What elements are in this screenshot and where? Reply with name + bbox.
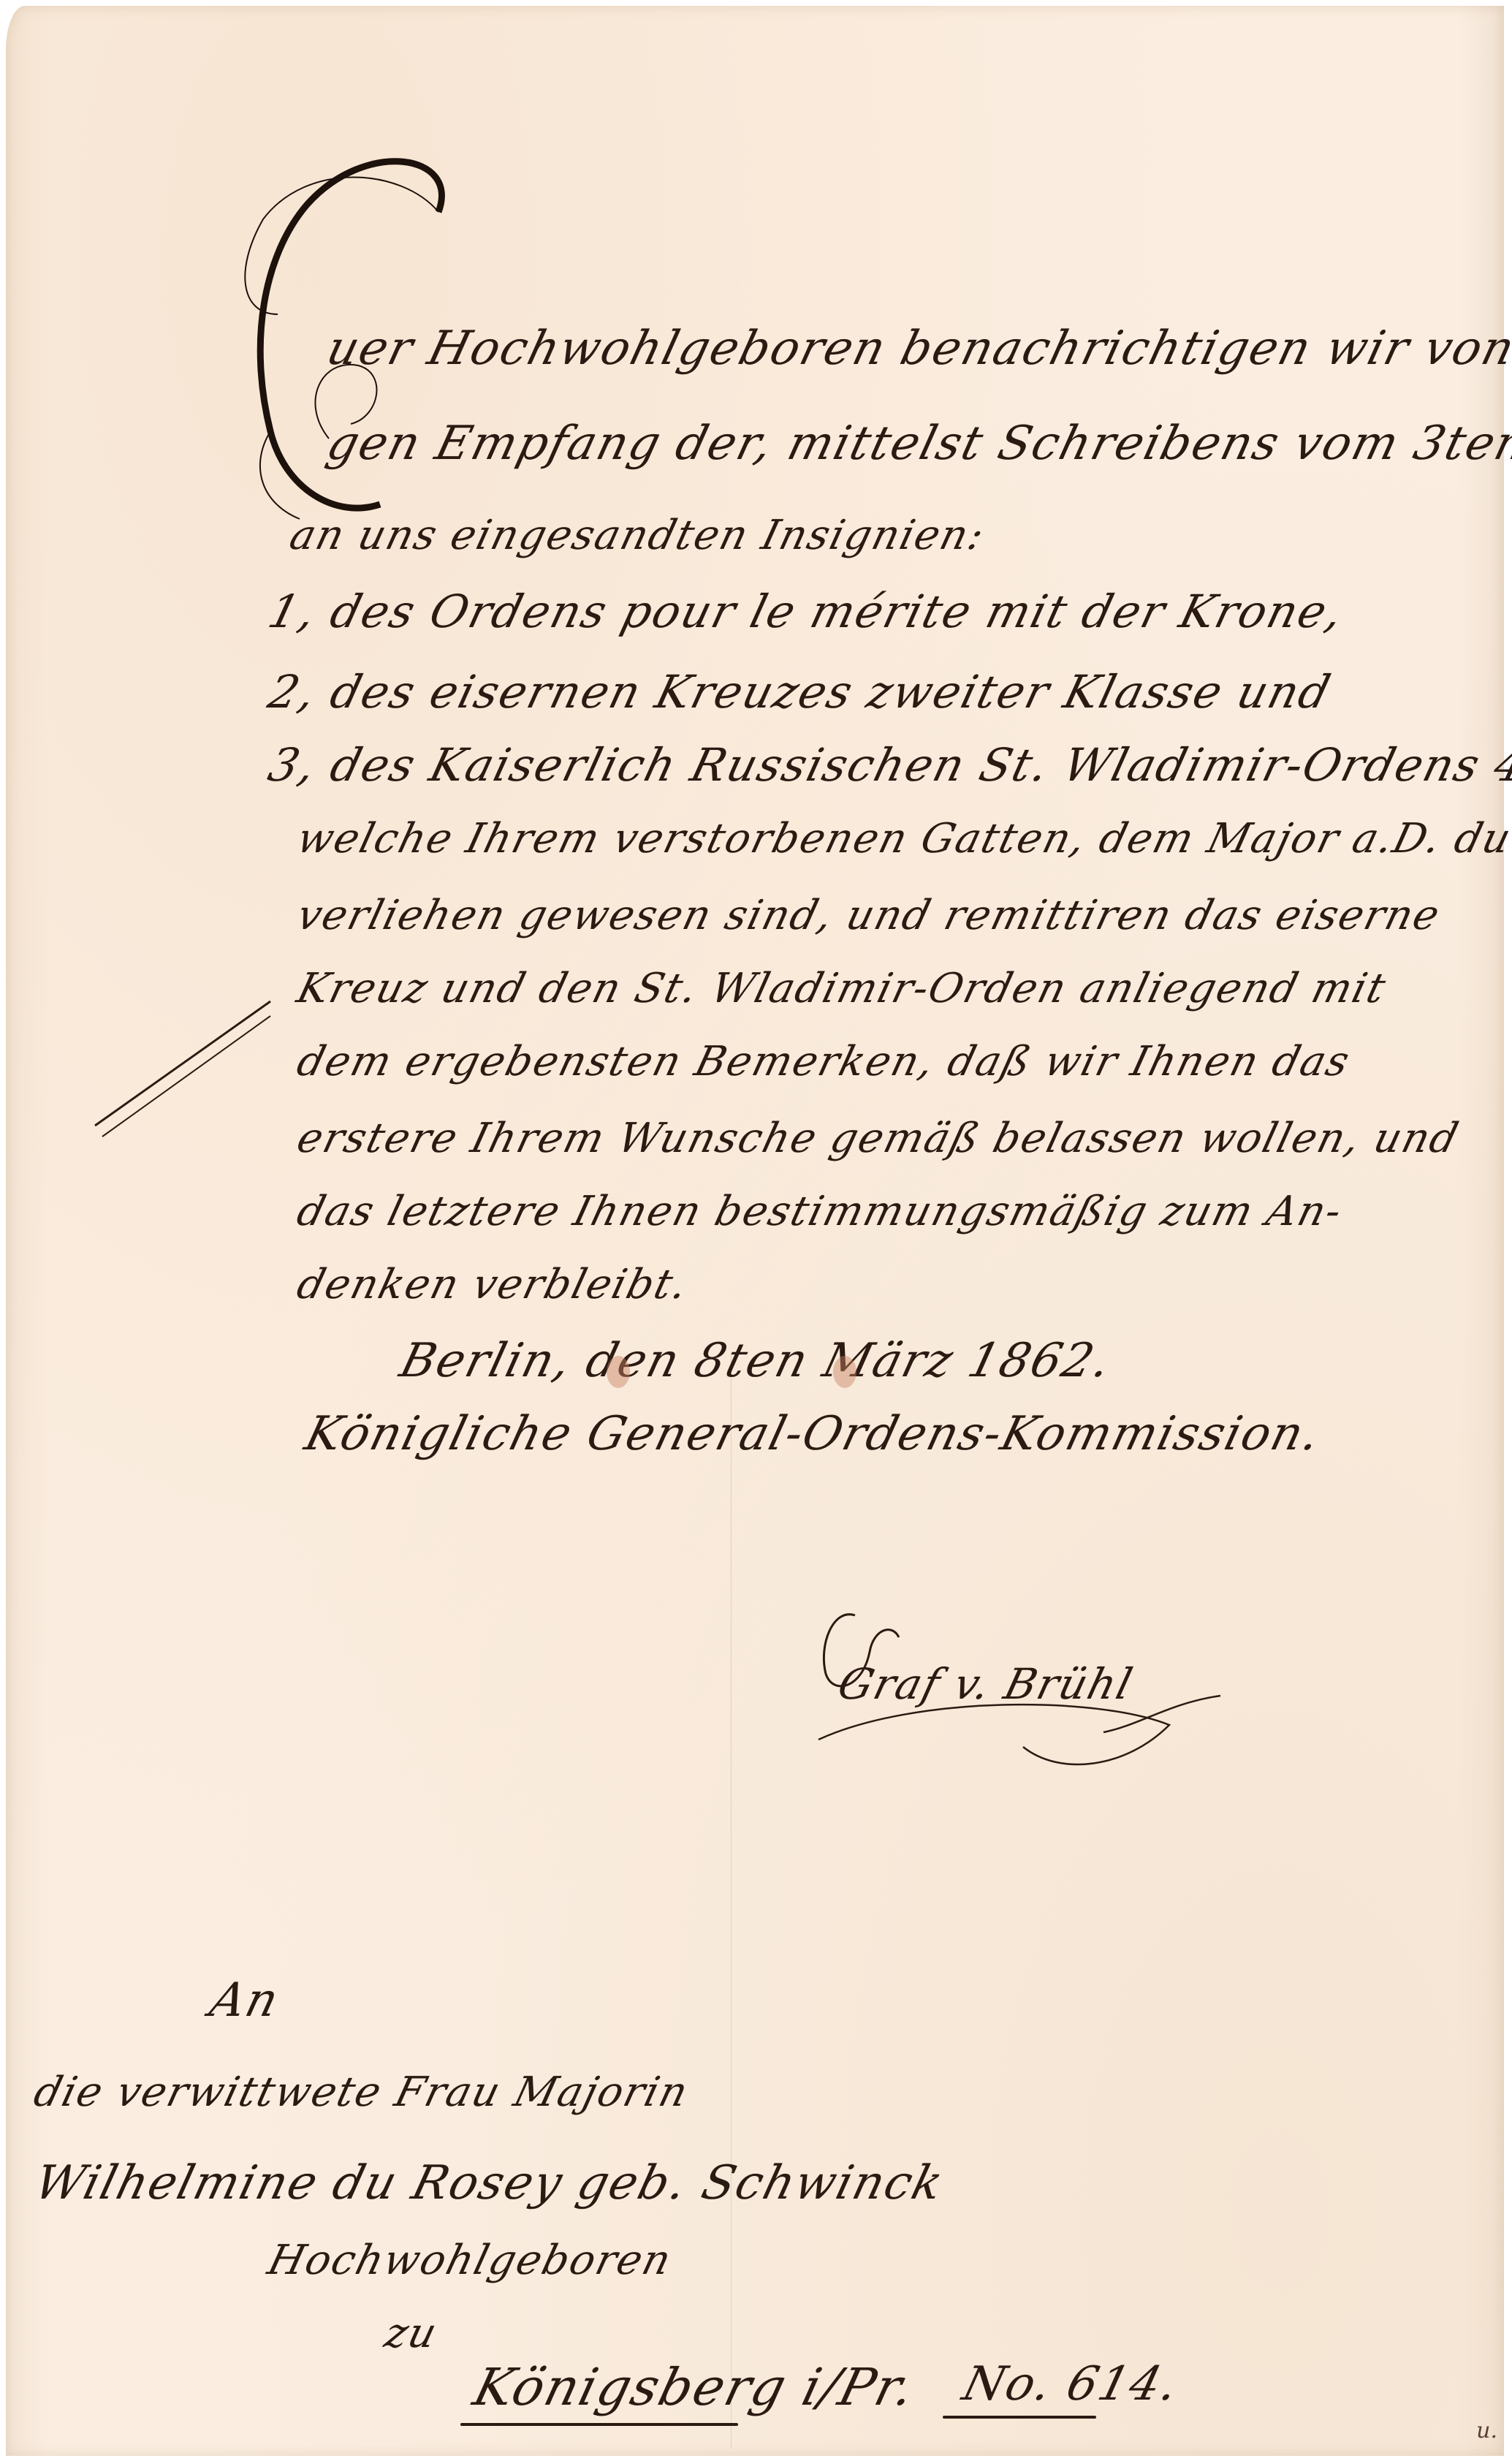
body-line-1: uer Hochwohlgeboren benachrichtigen wir … — [322, 322, 1512, 376]
body-line-9: Kreuz und den St. Wladimir-Orden anliege… — [292, 965, 1391, 1012]
place-date: Berlin, den 8ten März 1862. — [395, 1334, 1117, 1388]
paper-stain — [607, 1356, 630, 1388]
address-city: Königsberg i/Pr. — [468, 2357, 922, 2417]
body-line-2: gen Empfang der, mittelst Schreibens vom… — [322, 417, 1512, 471]
address-an: An — [205, 1973, 285, 2028]
reference-number: No. 614. — [957, 2357, 1185, 2411]
body-line-12: das letztere Ihnen bestimmungsmäßig zum … — [292, 1188, 1348, 1235]
paper-fold-line — [731, 1352, 732, 2449]
list-item-1: 1, des Ordens pour le mérite mit der Kro… — [263, 585, 1350, 638]
sender-line: Königliche General-Ordens-Kommission. — [300, 1407, 1326, 1461]
list-item-3: 3, des Kaiserlich Russischen St. Wladimi… — [263, 738, 1512, 792]
address-line-2: Wilhelmine du Rosey geb. Schwinck — [29, 2156, 949, 2210]
body-line-13: denken verbleibt. — [292, 1261, 694, 1308]
signature-text: Graf v. Brühl — [833, 1659, 1139, 1709]
paper-stain — [833, 1356, 856, 1388]
city-underline — [460, 2423, 738, 2426]
body-line-11: erstere Ihrem Wunsche gemäß belassen wol… — [292, 1115, 1464, 1162]
address-line-3: Hochwohlgeboren — [263, 2237, 677, 2284]
address-line-1: die verwittwete Frau Majorin — [29, 2068, 694, 2116]
body-line-3: an uns eingesandten Insignien: — [285, 512, 990, 559]
body-line-8: verliehen gewesen sind, und remittiren d… — [292, 892, 1445, 939]
margin-double-stroke-icon — [88, 994, 278, 1140]
number-underline — [943, 2416, 1096, 2419]
body-line-10: dem ergebensten Bemerken, daß wir Ihnen … — [292, 1038, 1355, 1085]
page-mark: u. — [1476, 2418, 1497, 2443]
body-line-7: welche Ihrem verstorbenen Gatten, dem Ma… — [292, 815, 1512, 862]
list-item-2: 2, des eisernen Kreuzes zweiter Klasse u… — [263, 665, 1337, 718]
